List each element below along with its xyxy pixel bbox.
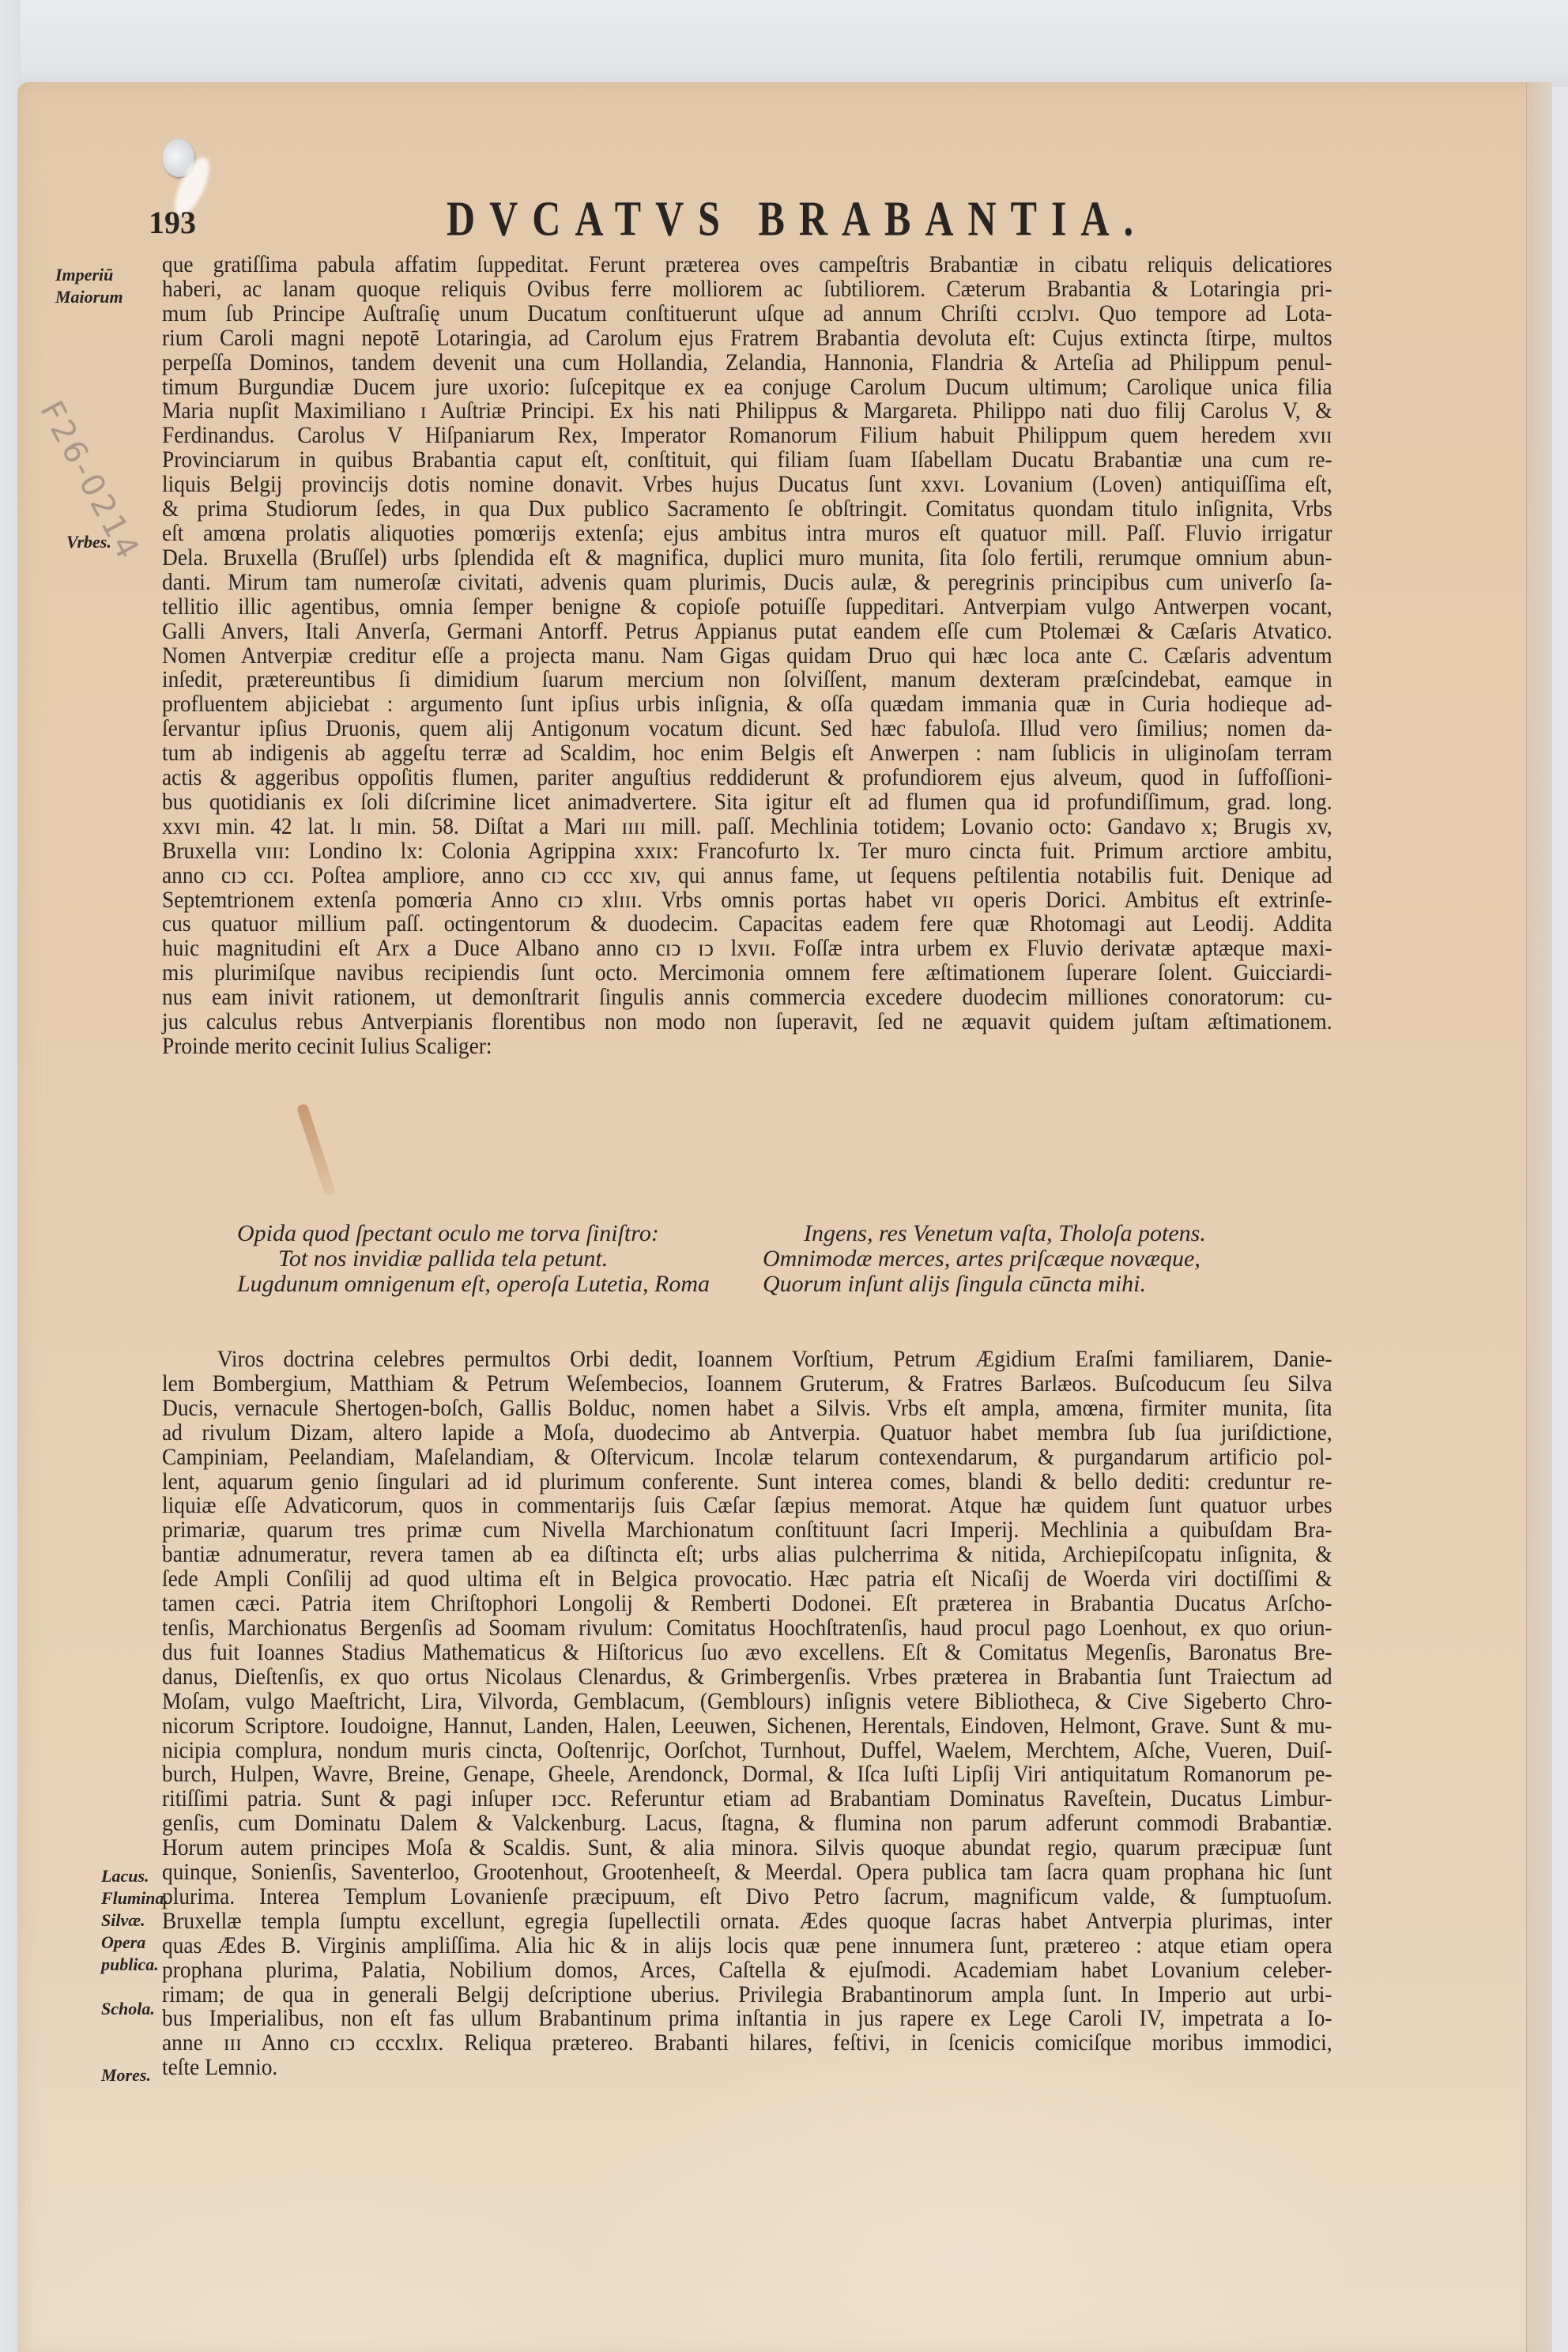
text-line: nicipia complura, nondum muris cincta, O…	[162, 1739, 1332, 1763]
text-line: cus quatuor millium paſſ. octingentorum …	[162, 912, 1332, 937]
text-line: Campiniam, Peelandiam, Maſelandiam, & Oſ…	[162, 1445, 1332, 1470]
text-line: Galli Anvers, Itali Anverſa, Germani Ant…	[162, 620, 1332, 644]
marginal-note-schola: Schola.	[101, 1998, 168, 2020]
text-line: mis plurimiſque navibus recipiendis ſunt…	[162, 961, 1332, 986]
text-line: burch, Hulpen, Wavre, Breine, Genape, Gh…	[162, 1762, 1332, 1787]
text-line: primariæ, quarum tres primæ cum Nivella …	[162, 1518, 1332, 1543]
running-head-title: DVCATVS BRABANTIA.	[447, 190, 1148, 247]
text-line: tenſis, Marchionatus Bergenſis ad Soomam…	[162, 1616, 1332, 1641]
text-line: teſte Lemnio.	[162, 2056, 1332, 2080]
verse-line: Omnimodæ merces, artes priſcæque novæque…	[763, 1246, 1206, 1272]
text-line: inſedit, prætereuntibus ſi dimidium ſuar…	[162, 668, 1332, 692]
text-line: plurima. Interea Templum Lovanienſe præc…	[162, 1885, 1332, 1909]
text-line: xxvɪ min. 42 lat. lɪ min. 58. Diſtat a M…	[162, 815, 1332, 839]
paragraph-2: Viros doctrina celebres permultos Orbi d…	[162, 1347, 1332, 2080]
text-line: Horum autem principes Moſa & Scaldis. Su…	[162, 1836, 1332, 1860]
text-line: Maria nupſit Maximiliano ɪ Auſtriæ Princ…	[162, 399, 1332, 424]
text-line: ſervantur ipſius Druonis, quem alij Anti…	[162, 717, 1332, 741]
text-line: Moſam, vulgo Maeſtricht, Lira, Vilvorda,…	[162, 1690, 1332, 1714]
text-line: anne ɪɪɪ Anno cɪↄ cccxlɪx. Reliqua præte…	[162, 2031, 1332, 2056]
text-line: quas Ædes B. Virginis ampliſſima. Alia h…	[162, 1934, 1332, 1958]
text-line: tellitio illic agentibus, omnia ſemper b…	[162, 595, 1332, 620]
marginal-note-publica: publica.	[101, 1954, 168, 1976]
verse-line: Opida quod ſpectant oculo me torva ſiniſ…	[237, 1221, 710, 1246]
marginal-note-line: Maiorum	[55, 286, 123, 308]
text-line: Proinde merito cecinit Iulius Scaliger:	[162, 1035, 1332, 1059]
marginal-note-mores: Mores.	[101, 2064, 168, 2086]
verse-line: Lugdunum omnigenum eſt, operoſa Lutetia,…	[237, 1272, 710, 1297]
text-line: lent, aquarum genio ſingulari ad id plur…	[162, 1470, 1332, 1494]
text-line: genſis, cum Dominatu Dalem & Valckenburg…	[162, 1811, 1332, 1836]
text-line: prophana plurima, Palatia, Nobilium domo…	[162, 1958, 1332, 1983]
text-line: liquiæ eſſe Advaticorum, quos in comment…	[162, 1494, 1332, 1518]
text-line: danus, Dieſtenſis, ex quo ortus Nicolaus…	[162, 1665, 1332, 1690]
paper-fold-edge	[1526, 82, 1552, 2352]
text-line: Provinciarum in quibus Brabantia caput e…	[162, 448, 1332, 473]
text-line: bus Imperialibus, non eſt fas ullum Brab…	[162, 2007, 1332, 2031]
text-line: nicorum Scriptore. Ioudoigne, Hannut, La…	[162, 1714, 1332, 1739]
text-line: eſt amœna prolatis aliquoties pomœrijs e…	[162, 522, 1332, 546]
verse-right-column: Ingens, res Venetum vaſta, Tholoſa poten…	[763, 1221, 1206, 1297]
marginal-note-topics: Lacus. Flumina. Silvæ. Opera publica. Sc…	[101, 1865, 168, 2086]
text-line: rium Caroli magni nepotē Lotaringia, ad …	[162, 326, 1332, 351]
text-line: danti. Mirum tam numeroſæ civitati, adve…	[162, 571, 1332, 595]
page-number: 193	[149, 204, 196, 241]
spacer	[101, 2020, 168, 2042]
text-line: nus eam inivit rationem, ut demonſtrarit…	[162, 986, 1332, 1010]
text-line: Ducis, vernacule Shertogen-boſch, Gallis…	[162, 1396, 1332, 1421]
text-line: Dela. Bruxella (Bruſſel) urbs ſplendida …	[162, 546, 1332, 571]
text-line: Bruxellæ templa ſumptu excellunt, egregi…	[162, 1909, 1332, 1934]
text-line: ritiſſimi patria. Sunt & pagi inſuper ɪↄ…	[162, 1787, 1332, 1811]
text-line: rimam; de qua in generali Belgij deſcrip…	[162, 1983, 1332, 2007]
text-line: dus fuit Ioannes Stadius Mathematicus & …	[162, 1641, 1332, 1665]
marginal-note-urbes: Vrbes.	[66, 531, 111, 553]
text-line: haberi, ac lanam quoque reliquis Ovibus …	[162, 277, 1332, 302]
text-line: tamen cæci. Patria item Chriſtophori Lon…	[162, 1592, 1332, 1616]
text-line: Viros doctrina celebres permultos Orbi d…	[162, 1347, 1332, 1372]
text-line: liquis Belgij provincijs dotis nomine do…	[162, 473, 1332, 497]
verse-line: Tot nos invidiæ pallida tela petunt.	[237, 1246, 710, 1272]
text-line: profluentem abjiciebat : argumento ſunt …	[162, 692, 1332, 717]
marginal-note-lacus: Lacus.	[101, 1865, 168, 1887]
spacer	[101, 2042, 168, 2064]
text-line: Bruxella vɪɪɪ: Londino lx: Colonia Agrip…	[162, 839, 1332, 864]
text-line: ſede Ampli Conſilij ad quod ultima eſt i…	[162, 1567, 1332, 1592]
text-line: bantiæ adnumeratur, revera tamen ab ea d…	[162, 1543, 1332, 1567]
verse-line: Ingens, res Venetum vaſta, Tholoſa poten…	[763, 1221, 1206, 1246]
text-line: Ferdinandus. Carolus V Hiſpaniarum Rex, …	[162, 424, 1332, 448]
text-line: tum ab indigenis ab aggeſtu terræ ad Sca…	[162, 741, 1332, 766]
marginal-note-line: Imperiū	[55, 264, 123, 286]
text-line: & prima Studiorum ſedes, in qua Dux publ…	[162, 497, 1332, 522]
text-line: anno cɪↄ ccɪ. Poſtea ampliore, anno cɪↄ …	[162, 864, 1332, 888]
spacer	[101, 1976, 168, 1998]
plastic-sleeve	[0, 0, 1568, 87]
text-line: ad rivulum Dizam, altero lapide a Moſa, …	[162, 1421, 1332, 1445]
text-line: perpeſſa Dominos, tandem devenit una cum…	[162, 351, 1332, 375]
verse-left-column: Opida quod ſpectant oculo me torva ſiniſ…	[237, 1221, 710, 1297]
text-line: huic magnitudini eſt Arx a Duce Albano a…	[162, 937, 1332, 961]
text-line: jus calculus rebus Antverpianis florenti…	[162, 1010, 1332, 1035]
text-line: Septemtrionem extenſa pomœria Anno cɪↄ x…	[162, 888, 1332, 913]
marginal-note-imperium: Imperiū Maiorum	[55, 264, 123, 308]
text-line: Nomen Antverpiæ creditur eſſe a projecta…	[162, 644, 1332, 669]
text-line: quinque, Sonienſis, Saventerloo, Grooten…	[162, 1860, 1332, 1885]
text-line: timum Burgundiæ Ducem jure uxorio: ſuſce…	[162, 375, 1332, 400]
text-line: bus quotidianis ex ſoli diſcrimine licet…	[162, 790, 1332, 815]
marginal-note-silvae: Silvæ.	[101, 1909, 168, 1932]
marginal-note-flumina: Flumina.	[101, 1887, 168, 1909]
paragraph-1: que gratiſſima pabula affatim ſuppeditat…	[162, 253, 1332, 1059]
text-line: lem Bombergium, Matthiam & Petrum Weſemb…	[162, 1372, 1332, 1396]
text-line: que gratiſſima pabula affatim ſuppeditat…	[162, 253, 1332, 277]
text-line: actis & aggeribus oppoſitis flumen, pari…	[162, 766, 1332, 790]
marginal-note-opera: Opera	[101, 1932, 168, 1954]
text-line: mum ſub Principe Auſtraſię unum Ducatum …	[162, 302, 1332, 326]
verse-line: Quorum inſunt alijs ſingula cūncta mihi.	[763, 1272, 1206, 1297]
